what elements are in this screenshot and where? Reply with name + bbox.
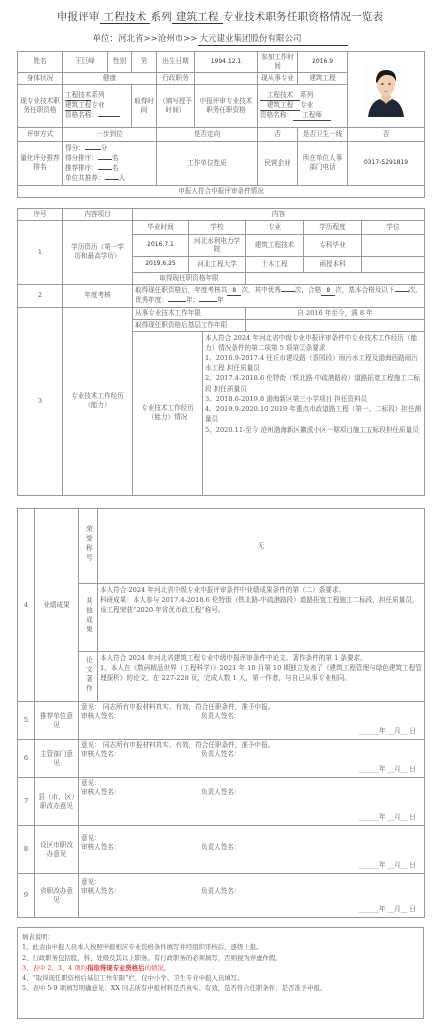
current-qual-name-label: 资格名称： bbox=[65, 111, 98, 119]
edu-level: 专科毕业 bbox=[304, 234, 362, 256]
health-frontline-value: 否 bbox=[348, 127, 425, 141]
work-years-value: 自 2016 年至今，满 8 年 bbox=[246, 307, 425, 319]
obtain-time-hint: （填写授予时间） bbox=[157, 84, 195, 127]
annual-text: 次，合格 bbox=[295, 286, 321, 294]
signature-line: 审核人签名：负责人签名： bbox=[81, 788, 422, 797]
opinion-label: 主管部门意见 bbox=[35, 740, 79, 778]
leader-signature-label: 负责人签名： bbox=[201, 887, 241, 895]
leader-signature-label: 负责人签名： bbox=[201, 750, 241, 758]
apply-qual-value: 工程技术系列 建筑工程专业 资格名称：工程师 bbox=[258, 84, 348, 127]
opinion-row: 6 主管部门意见 意见： 同志所有申报材料真实、有效，符合任职条件，准予申报。 … bbox=[18, 740, 425, 778]
opinion-content: 意见： 审核人签名：负责人签名： ______年 __月__ 日 bbox=[79, 826, 425, 874]
achievement-no: 4 bbox=[18, 509, 35, 702]
opinion-label: 设区市职改办意见 bbox=[35, 826, 79, 874]
hr-phone-value: 0317-5291819 bbox=[348, 141, 425, 185]
conditions-table: 序号 内容项目 内容 1 学历资历（第一学历和最高学历） 毕业时间 学校 专业 … bbox=[17, 208, 425, 496]
note-text: 3、表中 2、3、4 项均 bbox=[22, 964, 87, 972]
apply-name: 工程师 bbox=[293, 111, 331, 121]
hr-phone-label: 所在单位人事部门电话 bbox=[298, 141, 348, 185]
col-content: 内容 bbox=[133, 209, 425, 221]
edu-level: 函授本科 bbox=[304, 256, 362, 272]
opinion-no: 9 bbox=[18, 874, 35, 918]
work-entry: 5、2020.11-至今 沧州渤海新区徽派小区一期项目施工五标段担任质量员 bbox=[205, 425, 422, 435]
total-unit: 人 bbox=[119, 174, 126, 182]
annual-text: 次，基本合格及以下 bbox=[335, 286, 394, 294]
org-type-value: 民营企业 bbox=[258, 141, 298, 185]
col-no: 序号 bbox=[18, 209, 63, 221]
current-major-value: 建筑工程 bbox=[298, 72, 348, 84]
annual-year1 bbox=[168, 301, 186, 302]
annual-text: 取得现任职资格后，年度考核共 bbox=[135, 286, 227, 294]
work-item: 专业技术工作经历（能力） bbox=[63, 307, 133, 495]
basic-info-table: 姓名 王巨峰 性别 男 出生日期 1994.12.1 参加工作时间 2016.9… bbox=[17, 51, 425, 198]
other-content: 本人符合 2024 年河北省中级专业申报评审条件中业绩成果条件的第（二）条要求。… bbox=[98, 584, 425, 652]
paper-content: 本人符合 2024 年河北省建筑工程专业中级申报评审条件中论文、著作条件的第 1… bbox=[98, 652, 425, 702]
gender-value: 男 bbox=[132, 52, 157, 73]
opinion-no: 5 bbox=[18, 702, 35, 740]
name-label: 姓名 bbox=[18, 52, 63, 73]
opinion-text: 意见： bbox=[81, 779, 422, 788]
annual-text: 年 bbox=[217, 296, 224, 304]
current-qual-major: 建筑工程 bbox=[65, 101, 91, 111]
signature-line: 审核人签名：负责人签名： bbox=[81, 887, 422, 896]
edu-grad-date: 2019.6.25 bbox=[133, 256, 189, 272]
signature-line: 审核人签名：负责人签名： bbox=[81, 712, 422, 721]
directed-label: 是否定向 bbox=[157, 127, 258, 141]
conditions-section-title: 申报人符合申报评审条件情况 bbox=[18, 185, 425, 197]
edu-years-label: 取得现任职资格年限 bbox=[133, 272, 246, 284]
opinion-date: ______年 __月__ 日 bbox=[359, 727, 416, 736]
col-item: 内容项目 bbox=[63, 209, 133, 221]
edu-degree bbox=[362, 256, 425, 272]
edu-header-1: 学校 bbox=[189, 220, 246, 234]
annual-content: 取得现任职资格后，年度考核共8次，其中优秀次，合格8次，基本合格及以下次，优秀年… bbox=[133, 284, 425, 307]
opinion-content: 意见： 审核人签名：负责人签名： ______年 __月__ 日 bbox=[79, 874, 425, 918]
current-qual-name bbox=[98, 116, 120, 117]
opinion-row: 8 设区市职改办意见 意见： 审核人签名：负责人签名： ______年 __月_… bbox=[18, 826, 425, 874]
name-value: 王巨峰 bbox=[63, 52, 108, 73]
annual-year2 bbox=[199, 301, 217, 302]
apply-major: 建筑工程 bbox=[260, 101, 300, 111]
title-series: 工程技术 bbox=[100, 11, 151, 24]
opinion-content: 意见： 同志所有申报材料真实、有效，符合任职条件，准予申报。 审核人签名：负责人… bbox=[79, 702, 425, 740]
title-suffix: 专业技术职务任职资格情况一览表 bbox=[223, 11, 384, 23]
score-unit: 分 bbox=[101, 144, 108, 152]
opinion-date: ______年 __月__ 日 bbox=[359, 813, 416, 822]
annual-no: 2 bbox=[18, 284, 63, 307]
apply-series-suffix: 系列 bbox=[300, 91, 313, 99]
honor-label: 荣誉称号 bbox=[79, 509, 98, 584]
work-intro: 本人符合 2024 年河北省中级专业申报评审条件中专业技术工作经历（能力）情况条… bbox=[205, 333, 422, 353]
signature-line: 审核人签名：负责人签名： bbox=[81, 750, 422, 759]
paper-line: 1、本人在《数码精品世界（工程科学）》2021 年 10 月第 10 期独立发表… bbox=[100, 663, 422, 683]
current-major-label: 现从事专业 bbox=[258, 72, 298, 84]
paper-line: 本人符合 2024 年河北省建筑工程专业中级申报评审条件中论文、著作条件的第 1… bbox=[100, 653, 422, 663]
opinion-row: 9 省职改办意见 意见： 审核人签名：负责人签名： ______年 __月__ … bbox=[18, 874, 425, 918]
opinion-text: 意见： 同志所有申报材料真实、有效，符合任职条件，准予申报。 bbox=[81, 741, 422, 750]
work-years-label: 从事专业技术工作年限 bbox=[133, 307, 246, 319]
note-text: 的情况。 bbox=[145, 964, 171, 972]
current-qual-label: 现专业技术职务任职资格 bbox=[18, 84, 63, 127]
score-label: 量化评分推荐排名 bbox=[18, 141, 63, 185]
current-qual-series: 工程技术 bbox=[65, 91, 91, 101]
paper-label: 论文著作 bbox=[79, 652, 98, 702]
honor-value: 无 bbox=[98, 509, 425, 584]
edu-header-2: 专业 bbox=[246, 220, 304, 234]
opinion-no: 6 bbox=[18, 740, 35, 778]
edu-grad-date: 2016.7.1 bbox=[133, 234, 189, 256]
unit-label: 单位：河北省>>沧州市>> bbox=[93, 34, 198, 44]
annual-item: 年度考核 bbox=[63, 284, 133, 307]
recommend-value bbox=[98, 169, 112, 170]
note-item: 4、“取得现任职资格后基层工作年限”栏，仅中小学、卫生专业申报人员填写。 bbox=[22, 973, 419, 983]
score-block: 得分：分 得分排序：名 推荐排序：名 单位共推荐：人 bbox=[63, 141, 157, 185]
opinion-date: ______年 __月__ 日 bbox=[359, 861, 416, 870]
applicant-photo bbox=[364, 62, 408, 117]
opinion-date: ______年 __月__ 日 bbox=[359, 765, 416, 774]
note-item: 1、此表由申报人员本人按照申报相应专业资格条件填写并经组织审核后，逐级上报。 bbox=[22, 942, 419, 952]
birth-label: 出生日期 bbox=[157, 52, 195, 73]
other-label: 其他成果 bbox=[79, 584, 98, 652]
current-qual-major-suffix: 专业 bbox=[91, 101, 104, 109]
unit-line: 单位：河北省>>沧州市>>大元建业集团股份有限公司 bbox=[0, 34, 440, 46]
opinion-content: 意见： 审核人签名：负责人签名： ______年 __月__ 日 bbox=[79, 778, 425, 826]
admin-value bbox=[195, 72, 258, 84]
opinion-row: 7 县（市、区）职改办意见 意见： 审核人签名：负责人签名： ______年 _… bbox=[18, 778, 425, 826]
paper-label-text: 论文著作 bbox=[84, 656, 93, 694]
leader-signature-label: 负责人签名： bbox=[201, 788, 241, 796]
recommend-unit: 名 bbox=[112, 164, 119, 172]
edu-header-0: 毕业时间 bbox=[133, 220, 189, 234]
work-detail-label: 专业技术工作经历（能力）情况 bbox=[133, 331, 203, 495]
title-prefix: 申报评审 bbox=[57, 11, 100, 23]
edu-no: 1 bbox=[18, 220, 63, 284]
rank-line-label: 得分排序： bbox=[65, 154, 98, 162]
edu-school: 河北工程大学 bbox=[189, 256, 246, 272]
reviewer-signature-label: 审核人签名： bbox=[81, 843, 201, 852]
opinion-row: 5 推荐单位意见 意见： 同志所有申报材料真实、有效，符合任职条件，准予申报。 … bbox=[18, 702, 425, 740]
opinion-content: 意见： 同志所有申报材料真实、有效，符合任职条件，准予申报。 审核人签名：负责人… bbox=[79, 740, 425, 778]
apply-name-label: 资格名称： bbox=[260, 111, 293, 119]
health-frontline-label: 是否卫生一线 bbox=[298, 127, 348, 141]
apply-qual-label: 申报评审专业技术职务任职资格 bbox=[195, 84, 258, 127]
notes-title: 填表说明： bbox=[22, 932, 419, 942]
leader-signature-label: 负责人签名： bbox=[201, 843, 241, 851]
annual-pass: 8 bbox=[321, 287, 335, 296]
achievement-opinion-table: 4 业绩成果 荣誉称号 无 其他成果 本人符合 2024 年河北省中级专业申报评… bbox=[17, 508, 425, 918]
gender-label: 性别 bbox=[108, 52, 132, 73]
note-item: 2、行政职务包括股、科、处级及其以上职务。有行政职务的必须填写，否则视为弄虚作假… bbox=[22, 953, 419, 963]
org-type-label: 工作单位性质 bbox=[157, 141, 258, 185]
work-base-label: 取得现任职资格后基层工作年限 bbox=[133, 319, 246, 331]
rank-value bbox=[98, 159, 112, 160]
work-entry: 3、2018.6-2019.8 渤海新区第三小学项目 担任资料员 bbox=[205, 394, 422, 404]
annual-excellent bbox=[281, 291, 295, 292]
edu-degree bbox=[362, 234, 425, 256]
work-entry: 4、2019.9-2020.10 2019 年重点市政道路工程（第一、二标段）担… bbox=[205, 404, 422, 424]
opinion-label: 县（市、区）职改办意见 bbox=[35, 778, 79, 826]
unit-company: 大元建业集团股份有限公司 bbox=[198, 34, 348, 46]
edu-major: 土木工程 bbox=[246, 256, 304, 272]
current-qual-series-suffix: 系列 bbox=[91, 91, 104, 99]
annual-text: 次，其中优秀 bbox=[241, 286, 281, 294]
edu-school: 河北水利电力学院 bbox=[189, 234, 246, 256]
work-no: 3 bbox=[18, 307, 63, 495]
note-bold: 指取得现专业资格后 bbox=[87, 964, 145, 972]
apply-major-suffix: 专业 bbox=[300, 101, 313, 109]
signature-line: 审核人签名：负责人签名： bbox=[81, 843, 422, 852]
opinion-no: 8 bbox=[18, 826, 35, 874]
review-method-label: 评审方式 bbox=[18, 127, 63, 141]
form-title: 申报评审工程技术系列建筑工程专业技术职务任职资格情况一览表 bbox=[0, 10, 440, 24]
apply-series: 工程技术 bbox=[260, 91, 300, 101]
edu-header-4: 学位 bbox=[362, 220, 425, 234]
obtain-time-label: 取得时间 bbox=[132, 84, 157, 127]
opinion-text: 意见： bbox=[81, 834, 422, 843]
rank-unit: 名 bbox=[112, 154, 119, 162]
health-label: 身体状况 bbox=[18, 72, 63, 84]
birth-value: 1994.12.1 bbox=[195, 52, 258, 73]
total-value bbox=[105, 179, 119, 180]
opinion-text: 意见： 同志所有申报材料真实、有效，符合任职条件，准予申报。 bbox=[81, 703, 422, 712]
edu-item: 学历资历（第一学历和最高学历） bbox=[63, 220, 133, 284]
admin-label: 行政职务 bbox=[157, 72, 195, 84]
current-qual-value: 工程技术系列 建筑工程专业 资格名称： bbox=[63, 84, 132, 127]
work-base-value bbox=[246, 319, 425, 331]
directed-value: 否 bbox=[258, 127, 298, 141]
opinion-label: 推荐单位意见 bbox=[35, 702, 79, 740]
score-value bbox=[85, 149, 101, 150]
photo-cell bbox=[348, 52, 425, 128]
recommend-line-label: 推荐排序： bbox=[65, 164, 98, 172]
work-detail-content: 本人符合 2024 年河北省中级专业申报评审条件中专业技术工作经历（能力）情况条… bbox=[203, 331, 425, 495]
total-line-label: 单位共推荐： bbox=[65, 174, 105, 182]
annual-text: 年； bbox=[186, 296, 199, 304]
fill-instructions: 填表说明： 1、此表由申报人员本人按照申报相应专业资格条件填写并经组织审核后，逐… bbox=[17, 927, 424, 1019]
note-item-highlight: 3、表中 2、3、4 项均指取得现专业资格后的情况。 bbox=[22, 963, 419, 973]
work-entry: 1、2016.9-2017.4 任丘市建设路（香园段）雨污水工程及渤海西路雨污水… bbox=[205, 353, 422, 373]
reviewer-signature-label: 审核人签名： bbox=[81, 788, 201, 797]
honor-label-text: 荣誉称号 bbox=[84, 525, 93, 563]
work-start-label: 参加工作时间 bbox=[258, 52, 298, 73]
title-major: 建筑工程 bbox=[172, 11, 223, 24]
annual-total: 8 bbox=[227, 287, 241, 296]
edu-years-value bbox=[246, 272, 425, 284]
opinion-date: ______年 __月__ 日 bbox=[359, 905, 416, 914]
edu-major: 建筑工程技术 bbox=[246, 234, 304, 256]
note-item: 5、表中 5-9 项填写明确意见：XX 同志所有申报材料是否真实、有效，是否符合… bbox=[22, 983, 419, 993]
reviewer-signature-label: 审核人签名： bbox=[81, 712, 201, 721]
opinion-label: 省职改办意见 bbox=[35, 874, 79, 918]
achievement-item: 业绩成果 bbox=[35, 509, 79, 702]
score-line-label: 得分： bbox=[65, 144, 85, 152]
review-method-value: 一步到位 bbox=[63, 127, 157, 141]
leader-signature-label: 负责人签名： bbox=[201, 712, 241, 720]
annual-below bbox=[395, 291, 409, 292]
other-line: 本人符合 2024 年河北省中级专业申报评审条件中业绩成果条件的第（二）条要求。 bbox=[100, 585, 422, 595]
opinion-no: 7 bbox=[18, 778, 35, 826]
work-entry: 2、2017.4-2018.6 伦特街（铁北路-中疏港路段）道路拓宽工程施工二标… bbox=[205, 373, 422, 393]
opinion-text: 意见： bbox=[81, 878, 422, 887]
health-value: 健康 bbox=[63, 72, 157, 84]
reviewer-signature-label: 审核人签名： bbox=[81, 750, 201, 759]
other-label-text: 其他成果 bbox=[84, 597, 93, 635]
title-series-suffix: 系列 bbox=[150, 11, 171, 23]
reviewer-signature-label: 审核人签名： bbox=[81, 887, 201, 896]
other-line: 科研成果：本人参与 2017.4-2018.6 伦特街（铁北路-中疏港路段）道路… bbox=[100, 595, 422, 615]
edu-header-3: 学历程度 bbox=[304, 220, 362, 234]
work-start-value: 2016.9 bbox=[298, 52, 348, 73]
